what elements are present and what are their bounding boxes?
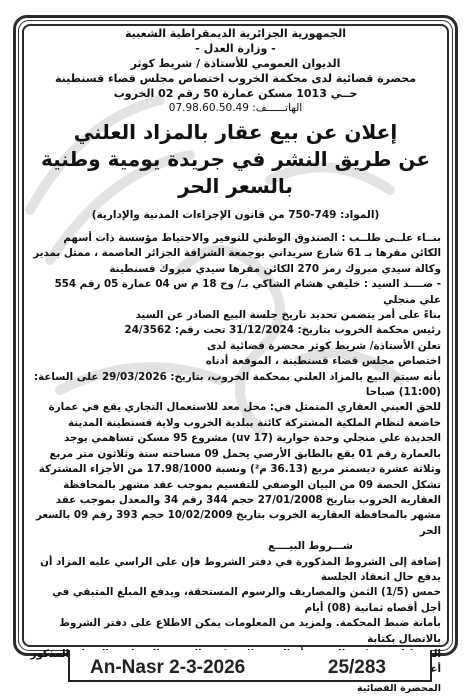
defendant-paragraph: - ضــــد السيد : خليفي هشام الشاكي بـ/ و… (30, 277, 441, 308)
publication-name-date: An-Nasr 2-3-2026 (90, 657, 245, 679)
signature: المحضرة القضائية (30, 681, 441, 696)
title-line-2: عن طريق النشر في جريدة يومية وطنية (30, 146, 441, 173)
issuer-header: الجمهورية الجزائرية الديمقراطية الشعبية … (30, 26, 441, 116)
office-address: حــي 1013 مسكن عمارة 50 رقم 02 الخروب (30, 86, 441, 101)
phone-number: 07.98.60.50.49 (169, 102, 249, 114)
phone-line: الهاتــــــف: 07.98.60.50.49 (30, 101, 441, 116)
bailiff-jurisdiction: محضرة قضائية لدى محكمة الخروب اختصاص مجل… (30, 71, 441, 86)
conditions-heading: شـــروط البيــــع (180, 539, 441, 554)
applicant-paragraph: بنــاء علــى طلــب : الصندوق الوطني للتو… (30, 231, 441, 277)
legal-articles: (المواد: 749-750 من قانون الإجراءات المد… (30, 209, 441, 221)
notice-content: الجمهورية الجزائرية الديمقراطية الشعبية … (30, 26, 441, 640)
jurisdiction-line: اختصاص مجلس قضاء قسنطينة ، الموقعة أدناه (30, 354, 441, 369)
publication-footer: An-Nasr 2-3-2026 25/283 (68, 656, 432, 682)
notice-title: إعلان عن بيع عقار بالمزاد العلني عن طريق… (30, 119, 441, 200)
phone-label: الهاتــــــف: (252, 102, 302, 114)
republic-name: الجمهورية الجزائرية الديمقراطية الشعبية (30, 26, 441, 41)
ministry-name: - وزارة العدل - (30, 41, 441, 56)
conditions-paragraph-3: بأمانة ضبط المحكمة. ولمزيد من المعلومات … (30, 616, 441, 647)
order-paragraph: بناءً على أمر يتضمن تحديد تاريخ جلسة الب… (30, 308, 441, 323)
auction-date-paragraph: بأنه سيتم البيع بالمزاد العلني بمحكمة ال… (30, 370, 441, 401)
conditions-paragraph-1: إضافة إلى الشروط المذكورة في دفتر الشروط… (30, 555, 441, 586)
title-line-3: بالسعر الحر (30, 173, 441, 200)
notice-reference: 25/283 (328, 657, 386, 679)
announcer-line: تعلن الأستاذة/ شريط كوثر محضرة قضائية لد… (30, 339, 441, 354)
conditions-paragraph-2: خمس (1/5) الثمن والمصاريف والرسوم المستح… (30, 585, 441, 616)
office-name: الديوان العمومي للأستاذة / شريط كوثر (30, 56, 441, 71)
title-line-1: إعلان عن بيع عقار بالمزاد العلني (30, 119, 441, 146)
notice-body: بنــاء علــى طلــب : الصندوق الوطني للتو… (30, 231, 441, 696)
order-reference: رئيس محكمة الخروب بتاريخ: 31/12/2024 تحت… (30, 323, 441, 338)
property-description: للحق العيني العقاري المتمثل في: محل معد … (30, 400, 441, 539)
